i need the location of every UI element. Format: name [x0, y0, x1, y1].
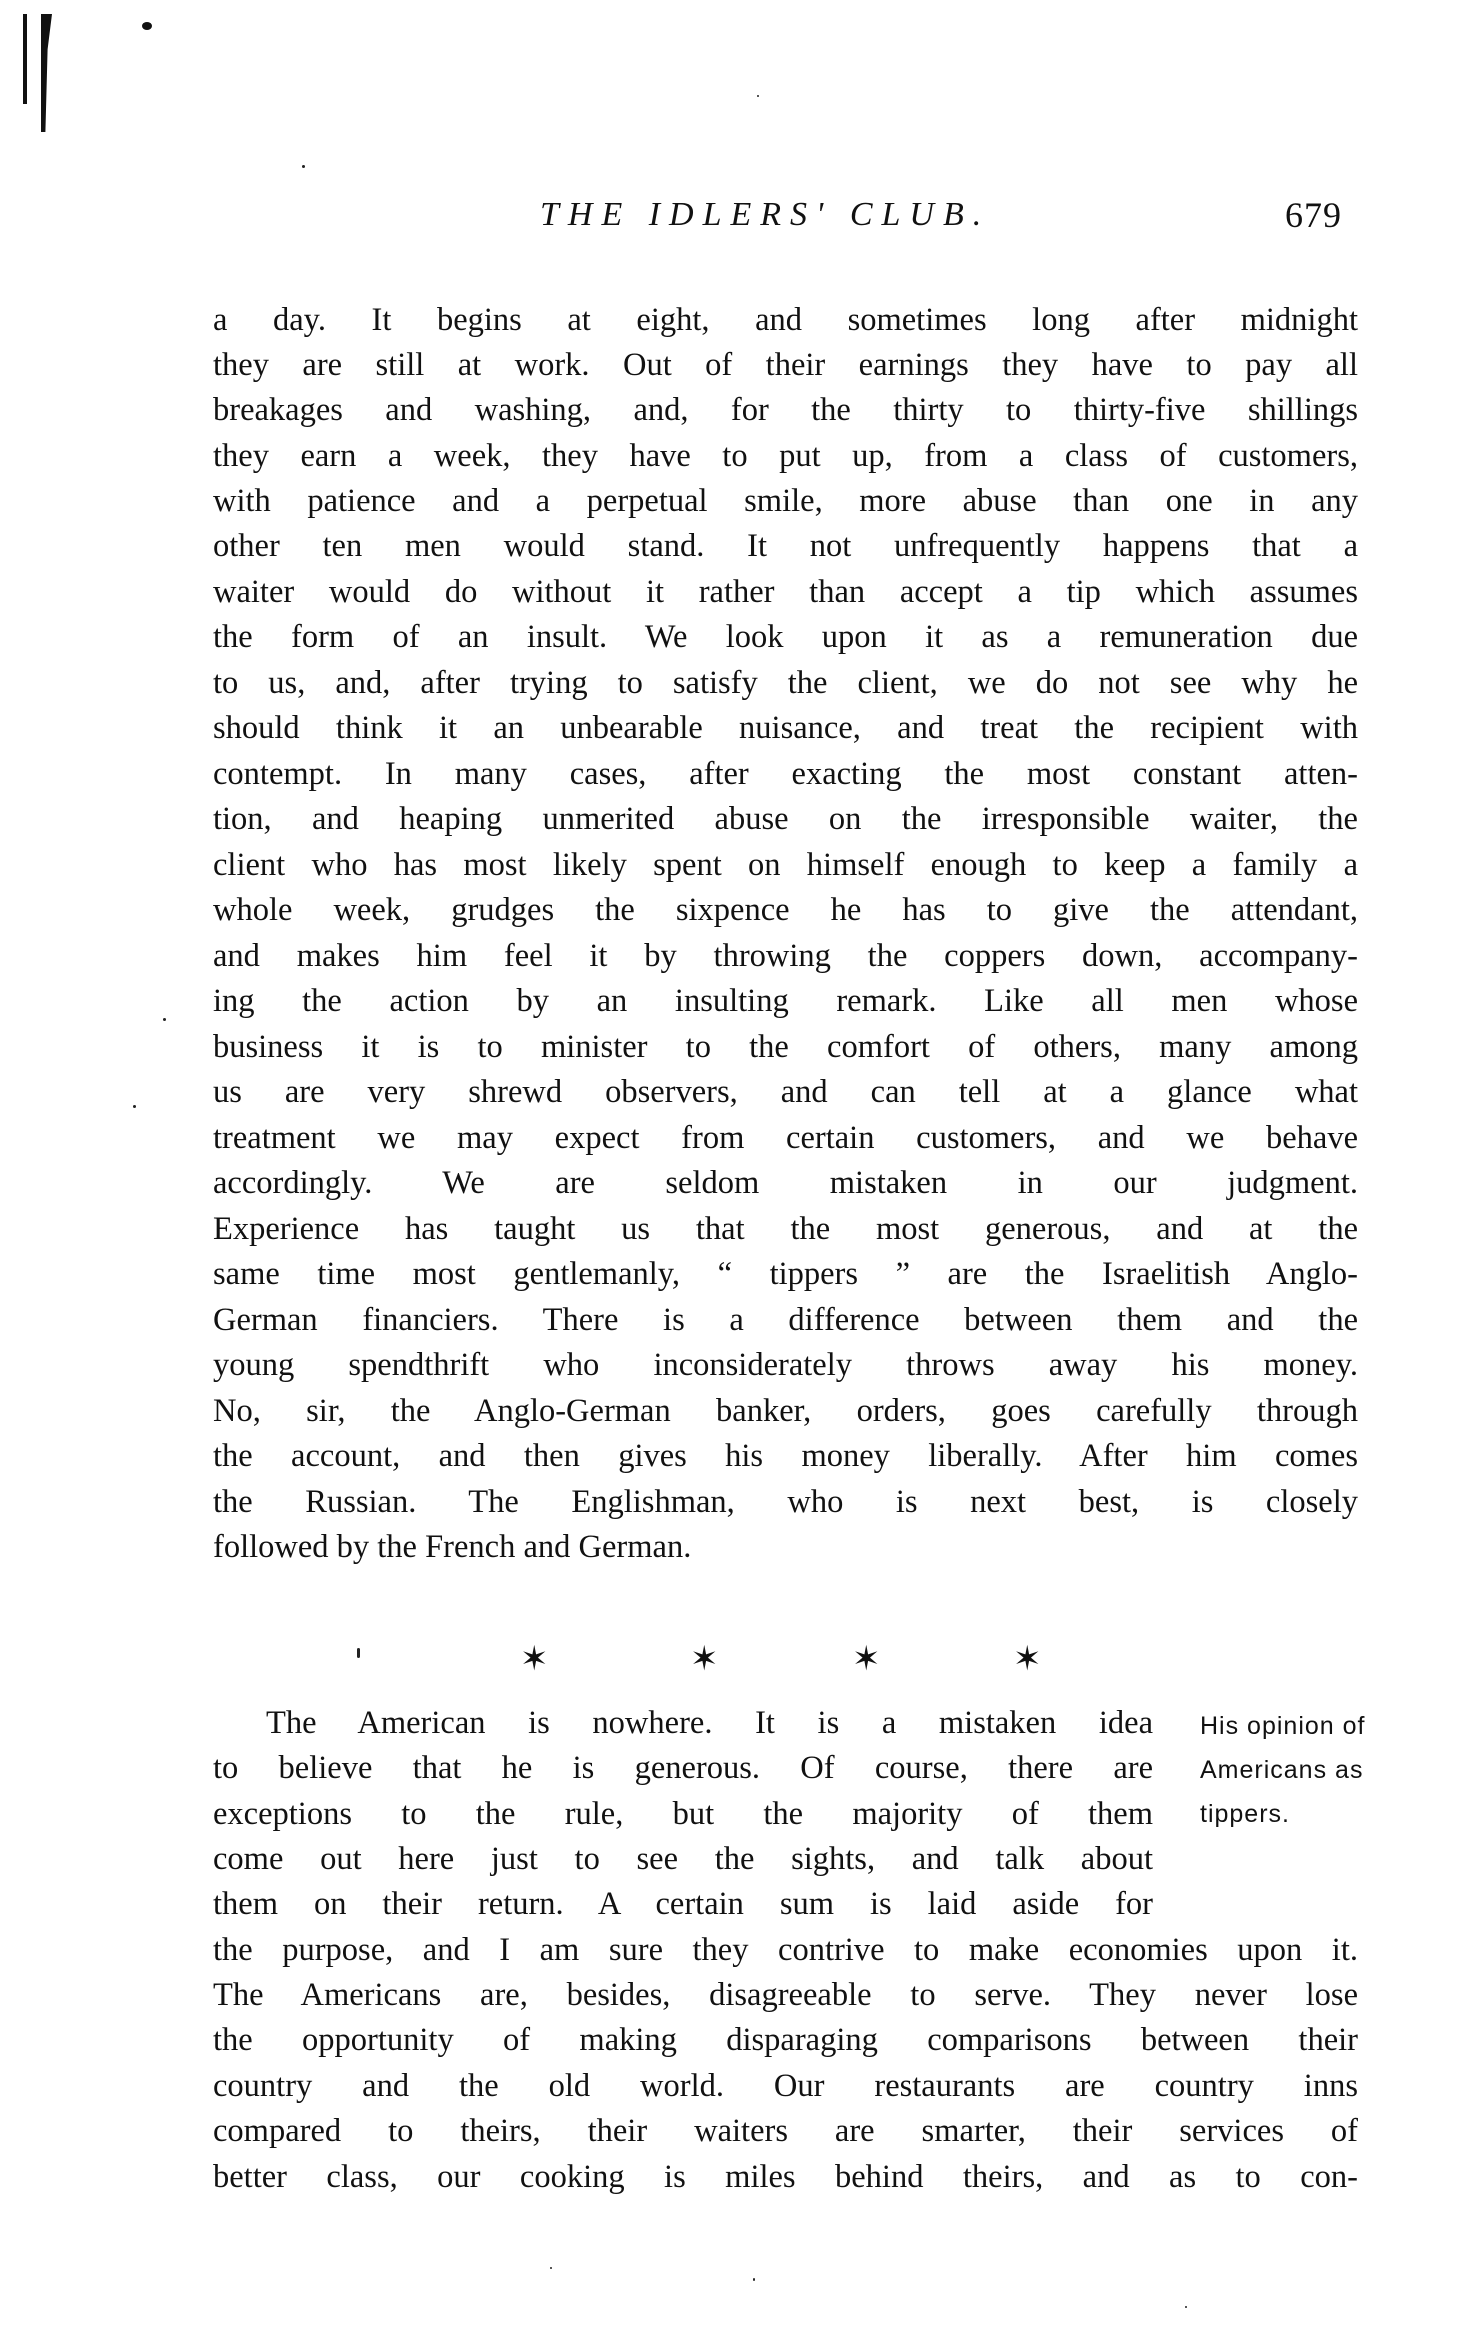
book-page: THE IDLERS' CLUB. 679 a day. It begins a…: [0, 0, 1470, 2329]
section-separator: ✶ ✶ ✶ ✶: [0, 1640, 1470, 1680]
text-line: exceptions to the rule, but the majority…: [213, 1792, 1153, 1836]
scan-speck: [302, 165, 305, 168]
text-line: the form of an insult. We look upon it a…: [213, 615, 1358, 659]
text-line: better class, our cooking is miles behin…: [213, 2155, 1358, 2199]
text-line: accordingly. We are seldom mistaken in o…: [213, 1161, 1358, 1205]
text-line: country and the old world. Our restauran…: [213, 2064, 1358, 2108]
text-line: The American is nowhere. It is a mistake…: [266, 1701, 1153, 1745]
text-line: treatment we may expect from certain cus…: [213, 1116, 1358, 1160]
scan-speck: [1185, 2306, 1187, 2308]
scan-speck: [753, 2278, 755, 2281]
text-line: whole week, grudges the sixpence he has …: [213, 888, 1358, 932]
scan-artifact-dot: [142, 22, 152, 30]
scan-speck: [357, 1648, 360, 1658]
scan-artifact-bar-left: [23, 14, 27, 104]
text-line: business it is to minister to the comfor…: [213, 1025, 1358, 1069]
text-line: young spendthrift who inconsiderately th…: [213, 1343, 1358, 1387]
asterism-star-icon: ✶: [852, 1640, 881, 1680]
asterism-star-icon: ✶: [690, 1640, 719, 1680]
text-line: and makes him feel it by throwing the co…: [213, 934, 1358, 978]
sidenote-line: tippers.: [1200, 1792, 1290, 1836]
text-line: breakages and washing, and, for the thir…: [213, 388, 1358, 432]
running-title: THE IDLERS' CLUB.: [540, 196, 990, 234]
text-line: ing the action by an insulting remark. L…: [213, 979, 1358, 1023]
text-line: The Americans are, besides, disagreeable…: [213, 1973, 1358, 2017]
text-line: come out here just to see the sights, an…: [213, 1837, 1153, 1881]
asterism-star-icon: ✶: [520, 1640, 549, 1680]
text-line: client who has most likely spent on hims…: [213, 843, 1358, 887]
text-line: they are still at work. Out of their ear…: [213, 343, 1358, 387]
text-line: they earn a week, they have to put up, f…: [213, 434, 1358, 478]
text-line: should think it an unbearable nuisance, …: [213, 706, 1358, 750]
sidenote-line: His opinion of: [1200, 1704, 1365, 1748]
asterism-star-icon: ✶: [1013, 1640, 1042, 1680]
text-line: the Russian. The Englishman, who is next…: [213, 1480, 1358, 1524]
text-line: tion, and heaping unmerited abuse on the…: [213, 797, 1358, 841]
text-line: a day. It begins at eight, and sometimes…: [213, 298, 1358, 342]
scan-speck: [163, 1018, 166, 1021]
text-line: the purpose, and I am sure they contrive…: [213, 1928, 1358, 1972]
text-line: No, sir, the Anglo-German banker, orders…: [213, 1389, 1358, 1433]
sidenote-line: Americans as: [1200, 1748, 1363, 1792]
text-line: contempt. In many cases, after exacting …: [213, 752, 1358, 796]
text-line: other ten men would stand. It not unfreq…: [213, 524, 1358, 568]
text-line: the opportunity of making disparaging co…: [213, 2018, 1358, 2062]
scan-speck: [133, 1105, 136, 1108]
scan-speck: [550, 2267, 552, 2269]
text-line: followed by the French and German.: [213, 1525, 1358, 1569]
text-line: to believe that he is generous. Of cours…: [213, 1746, 1153, 1790]
text-line: with patience and a perpetual smile, mor…: [213, 479, 1358, 523]
text-line: us are very shrewd observers, and can te…: [213, 1070, 1358, 1114]
page-number: 679: [1285, 194, 1342, 236]
text-line: Experience has taught us that the most g…: [213, 1207, 1358, 1251]
text-line: waiter would do without it rather than a…: [213, 570, 1358, 614]
scan-speck: [757, 95, 759, 97]
text-line: German financiers. There is a difference…: [213, 1298, 1358, 1342]
text-line: same time most gentlemanly, “ tippers ” …: [213, 1252, 1358, 1296]
text-line: the account, and then gives his money li…: [213, 1434, 1358, 1478]
scan-artifact-bar-right: [41, 14, 52, 132]
text-line: compared to theirs, their waiters are sm…: [213, 2109, 1358, 2153]
text-line: them on their return. A certain sum is l…: [213, 1882, 1153, 1926]
text-line: to us, and, after trying to satisfy the …: [213, 661, 1358, 705]
